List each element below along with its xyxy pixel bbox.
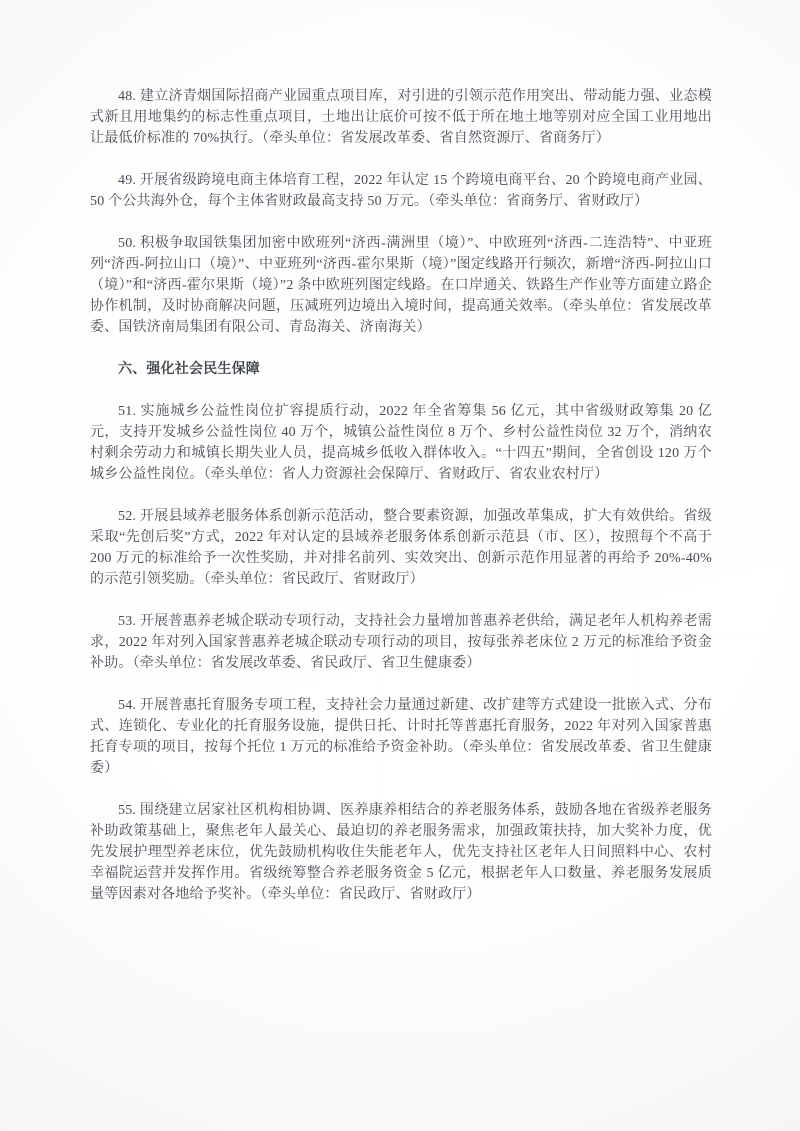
paragraph-54: 54. 开展普惠托育服务专项工程，支持社会力量通过新建、改扩建等方式建设一批嵌入…: [90, 695, 712, 779]
paragraph-52: 52. 开展县域养老服务体系创新示范活动，整合要素资源，加强改革集成，扩大有效供…: [90, 506, 712, 590]
paragraph-50: 50. 积极争取国铁集团加密中欧班列“济西-满洲里（境）”、中欧班列“济西-二连…: [90, 233, 712, 338]
document-content: 48. 建立济青烟国际招商产业园重点项目库，对引进的引领示范作用突出、带动能力强…: [90, 86, 712, 926]
paragraph-53: 53. 开展普惠养老城企联动专项行动，支持社会力量增加普惠养老供给，满足老年人机…: [90, 611, 712, 674]
paragraph-48: 48. 建立济青烟国际招商产业园重点项目库，对引进的引领示范作用突出、带动能力强…: [90, 86, 712, 149]
paragraph-51: 51. 实施城乡公益性岗位扩容提质行动，2022 年全省筹集 56 亿元，其中省…: [90, 401, 712, 485]
paragraph-49: 49. 开展省级跨境电商主体培育工程，2022 年认定 15 个跨境电商平台、2…: [90, 170, 712, 212]
document-page: 48. 建立济青烟国际招商产业园重点项目库，对引进的引领示范作用突出、带动能力强…: [0, 0, 800, 1131]
section-heading: 六、强化社会民生保障: [90, 359, 712, 380]
paragraph-55: 55. 围绕建立居家社区机构相协调、医养康养相结合的养老服务体系，鼓励各地在省级…: [90, 800, 712, 905]
